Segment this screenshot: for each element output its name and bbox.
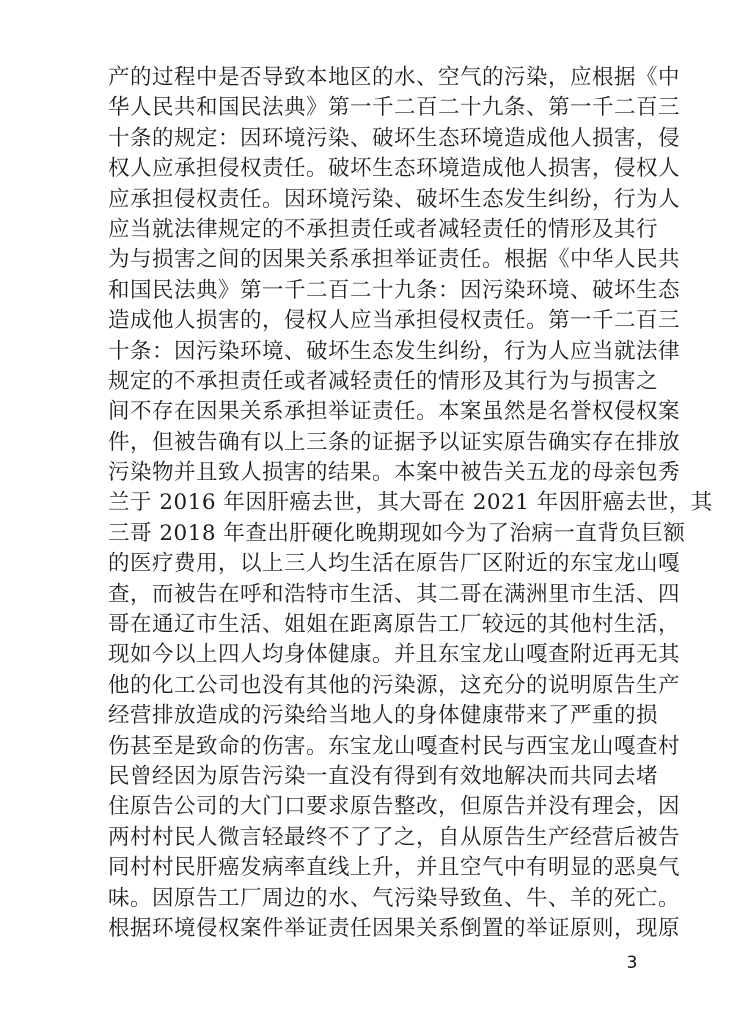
- text-line: 为与损害之间的因果关系承担举证责任。根据《中华人民共: [108, 245, 641, 275]
- text-line: 住原告公司的大门口要求原告整改，但原告并没有理会，因: [108, 792, 641, 822]
- text-line: 产的过程中是否导致本地区的水、空气的污染，应根据《中: [108, 63, 641, 93]
- text-line: 华人民共和国民法典》第一千二百二十九条、第一千二百三: [108, 93, 641, 123]
- text-line: 伤甚至是致命的伤害。东宝龙山嘎查村民与西宝龙山嘎查村: [108, 732, 641, 762]
- text-line: 应当就法律规定的不承担责任或者减轻责任的情形及其行: [108, 215, 641, 245]
- text-line: 现如今以上四人均身体健康。并且东宝龙山嘎查附近再无其: [108, 640, 641, 670]
- body-text: 产的过程中是否导致本地区的水、空气的污染，应根据《中 华人民共和国民法典》第一千…: [108, 63, 641, 944]
- text-line: 民曾经因为原告污染一直没有得到有效地解决而共同去堵: [108, 762, 641, 792]
- text-line: 的医疗费用，以上三人均生活在原告厂区附近的东宝龙山嘎: [108, 549, 641, 579]
- text-line: 两村村民人微言轻最终不了了之，自从原告生产经营后被告: [108, 823, 641, 853]
- text-line: 根据环境侵权案件举证责任因果关系倒置的举证原则，现原: [108, 914, 641, 944]
- text-line: 件，但被告确有以上三条的证据予以证实原告确实存在排放: [108, 428, 641, 458]
- text-line: 污染物并且致人损害的结果。本案中被告关五龙的母亲包秀: [108, 458, 641, 488]
- text-line: 权人应承担侵权责任。破坏生态环境造成他人损害，侵权人: [108, 154, 641, 184]
- text-line: 十条：因污染环境、破坏生态发生纠纷，行为人应当就法律: [108, 337, 641, 367]
- text-line: 哥在通辽市生活、姐姐在距离原告工厂较远的其他村生活，: [108, 610, 641, 640]
- text-line: 兰于 2016 年因肝癌去世，其大哥在 2021 年因肝癌去世，其: [108, 488, 641, 518]
- text-line: 应承担侵权责任。因环境污染、破坏生态发生纠纷，行为人: [108, 185, 641, 215]
- text-line: 造成他人损害的，侵权人应当承担侵权责任。第一千二百三: [108, 306, 641, 336]
- document-page: 产的过程中是否导致本地区的水、空气的污染，应根据《中 华人民共和国民法典》第一千…: [0, 0, 742, 1027]
- page-number: 3: [620, 953, 644, 973]
- text-line: 三哥 2018 年查出肝硬化晚期现如今为了治病一直背负巨额: [108, 519, 641, 549]
- text-line: 味。因原告工厂周边的水、气污染导致鱼、牛、羊的死亡。: [108, 884, 641, 914]
- text-line: 和国民法典》第一千二百二十九条：因污染环境、破坏生态: [108, 276, 641, 306]
- text-line: 规定的不承担责任或者减轻责任的情形及其行为与损害之: [108, 367, 641, 397]
- text-line: 间不存在因果关系承担举证责任。本案虽然是名誉权侵权案: [108, 397, 641, 427]
- text-line: 同村村民肝癌发病率直线上升，并且空气中有明显的恶臭气: [108, 853, 641, 883]
- text-line: 查，而被告在呼和浩特市生活、其二哥在满洲里市生活、四: [108, 580, 641, 610]
- text-line: 经营排放造成的污染给当地人的身体健康带来了严重的损: [108, 701, 641, 731]
- text-line: 十条的规定：因环境污染、破坏生态环境造成他人损害，侵: [108, 124, 641, 154]
- text-line: 他的化工公司也没有其他的污染源，这充分的说明原告生产: [108, 671, 641, 701]
